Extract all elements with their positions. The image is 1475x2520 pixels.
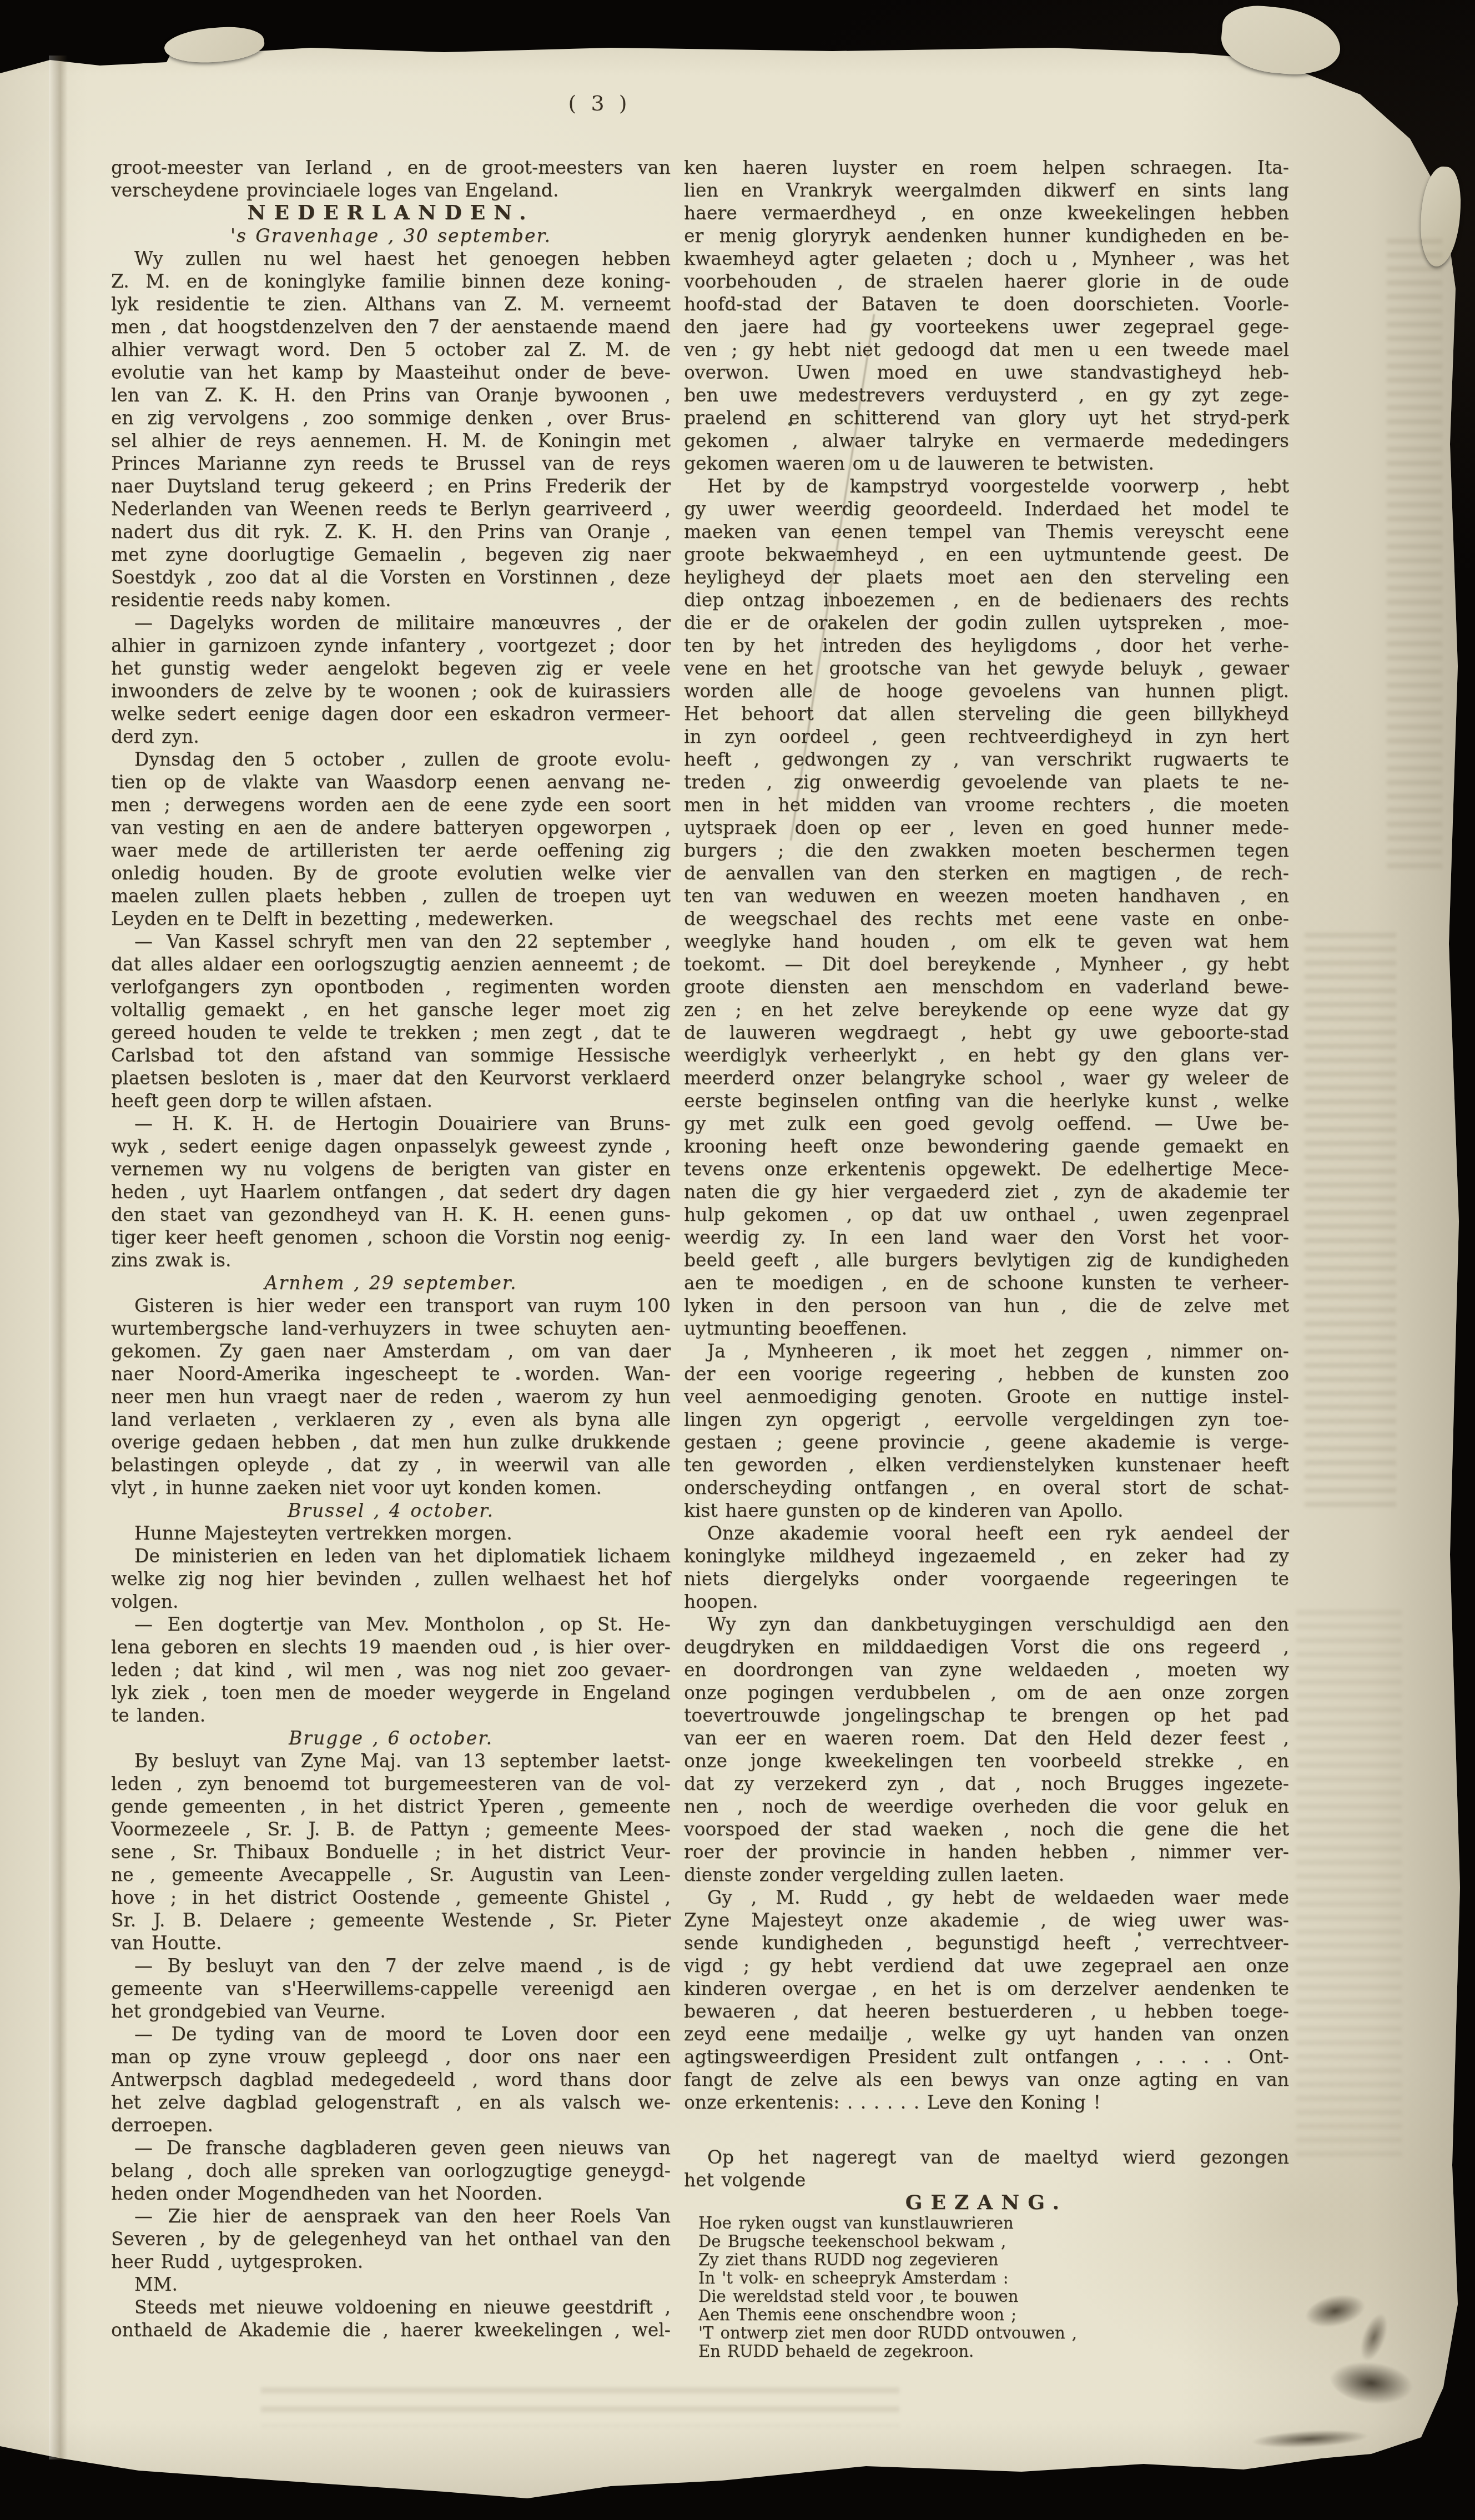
text-line: Op het nageregt van de maeltyd wierd gez… bbox=[684, 2146, 1289, 2169]
text-line: deugdryken en milddaedigen Vorst die ons… bbox=[684, 1636, 1289, 1658]
text-line: Zyne Majesteyt onze akademie , de wieg u… bbox=[684, 1909, 1289, 1932]
text-line: groot-meester van Ierland , en de groot-… bbox=[111, 156, 671, 179]
text-line: Die wereldstad steld voor , te bouwen bbox=[698, 2287, 1289, 2306]
text-line: koninglyke mildheyd ingezaemeld , en zek… bbox=[684, 1545, 1289, 1567]
text-line: En RUDD behaeld de zegekroon. bbox=[698, 2342, 1289, 2361]
ink-bleedthrough-ghost bbox=[1296, 1610, 1402, 2165]
text-line: groote bekwaemheyd , en een uytmuntende … bbox=[684, 543, 1289, 566]
text-line: en zig vervolgens , zoo sommige denken ,… bbox=[111, 406, 671, 429]
text-line: waer mede de artilleristen ter aerde oef… bbox=[111, 839, 671, 862]
text-line: onze erkentenis: . . . . . . Leve den Ko… bbox=[684, 2091, 1289, 2114]
ink-bleedthrough-ghost bbox=[1387, 239, 1442, 877]
text-line: roer der provincie in handen hebben , ni… bbox=[684, 1840, 1289, 1863]
text-line: Carlsbad tot den afstand van sommige Hes… bbox=[111, 1044, 671, 1067]
text-line: voltallig gemaekt , en het gansche leger… bbox=[111, 998, 671, 1021]
text-line: weerdig zy. In een land waer den Vorst h… bbox=[684, 1226, 1289, 1249]
text-line: tien op de vlakte van Waasdorp eenen aen… bbox=[111, 771, 671, 793]
text-line: hulp gekomen , op dat uw onthael , uwen … bbox=[684, 1203, 1289, 1226]
text-line: groote diensten aen menschdom en vaderla… bbox=[684, 975, 1289, 998]
text-line: beeld geeft , alle burgers bevlytigen zi… bbox=[684, 1249, 1289, 1271]
text-line: Wy zullen nu wel haest het genoegen hebb… bbox=[111, 247, 671, 270]
text-line: leden , zyn benoemd tot burgemeesteren v… bbox=[111, 1772, 671, 1795]
text-line: heyligheyd der plaets moet aen den sterv… bbox=[684, 566, 1289, 588]
text-line: naer Duytsland terug gekeerd ; en Prins … bbox=[111, 475, 671, 497]
text-line: maelen zullen plaets hebben , zullen de … bbox=[111, 884, 671, 907]
text-line: vigd ; gy hebt verdiend dat uwe zegeprae… bbox=[684, 1954, 1289, 1977]
text-line: — H. K. H. de Hertogin Douairiere van Br… bbox=[111, 1112, 671, 1135]
text-line: men in het midden van vroome rechters , … bbox=[684, 793, 1289, 816]
text-line: tevens onze erkentenis opgewekt. De edel… bbox=[684, 1158, 1289, 1180]
text-line: onderscheyding ontfangen , en overal sto… bbox=[684, 1476, 1289, 1499]
text-line: te landen. bbox=[111, 1704, 671, 1727]
text-line: fangt de zelve als een bewys van onze ag… bbox=[684, 2068, 1289, 2091]
text-line: Nederlanden van Weenen reeds te Berlyn g… bbox=[111, 497, 671, 520]
page-number: ( 3 ) bbox=[541, 91, 658, 115]
text-line: vernemen wy nu volgens de berigten van g… bbox=[111, 1158, 671, 1180]
text-line: Dynsdag den 5 october , zullen de groote… bbox=[111, 748, 671, 771]
text-line: Soestdyk , zoo dat al die Vorsten en Vor… bbox=[111, 566, 671, 588]
text-line: De Brugsche teekenschool bekwam , bbox=[698, 2232, 1289, 2251]
text-line: aen te moedigen , en de schoone kunsten … bbox=[684, 1271, 1289, 1294]
text-line: de weegschael des rechts met eene vaste … bbox=[684, 907, 1289, 930]
text-line: Gy , M. Rudd , gy hebt de weldaeden waer… bbox=[684, 1886, 1289, 1909]
text-line: Leyden en te Delft in bezetting , medewe… bbox=[111, 907, 671, 930]
text-line: den staet van gezondheyd van H. K. H. ee… bbox=[111, 1203, 671, 1226]
text-line: Wy zyn dan dankbetuygingen verschuldigd … bbox=[684, 1613, 1289, 1636]
text-line: volgen. bbox=[111, 1590, 671, 1613]
text-line: In 't volk- en scheepryk Amsterdam : bbox=[698, 2269, 1289, 2287]
text-line: alhier verwagt word. Den 5 october zal Z… bbox=[111, 338, 671, 361]
text-line: heeft , gedwongen zy , van verschrikt ru… bbox=[684, 748, 1289, 771]
text-line: By besluyt van Zyne Maj. van 13 septembe… bbox=[111, 1749, 671, 1772]
text-line: men , dat hoogstdenzelven den 7 der aens… bbox=[111, 315, 671, 338]
text-line: gereed houden te velde te trekken ; men … bbox=[111, 1021, 671, 1044]
text-line: ben uwe medestrevers verduysterd , en gy… bbox=[684, 384, 1289, 406]
text-line: hove ; in het district Oostende , gemeen… bbox=[111, 1886, 671, 1909]
text-line: — Een dogtertje van Mev. Montholon , op … bbox=[111, 1613, 671, 1636]
text-line: — Dagelyks worden de militaire manœuvres… bbox=[111, 611, 671, 634]
text-line: het volgende bbox=[684, 2169, 1289, 2191]
text-line: gemeente van s'Heerwillems-cappelle vere… bbox=[111, 1977, 671, 2000]
text-line: Steeds met nieuwe voldoening en nieuwe g… bbox=[111, 2296, 671, 2318]
text-line: onthaeld de Akademie die , haerer kweeke… bbox=[111, 2318, 671, 2341]
text-line: Ja , Mynheeren , ik moet het zeggen , ni… bbox=[684, 1340, 1289, 1362]
text-line: dat alles aldaer een oorlogszugtig aenzi… bbox=[111, 953, 671, 975]
text-line: sel alhier de reys aennemen. H. M. de Ko… bbox=[111, 429, 671, 452]
text-line: de lauweren wegdraegt , hebt gy uwe gebo… bbox=[684, 1021, 1289, 1044]
text-line: die er de orakelen der godin zullen uyts… bbox=[684, 611, 1289, 634]
text-line: ten van weduwen en weezen moeten handhav… bbox=[684, 884, 1289, 907]
text-line: Z. M. en de koninglyke familie binnen de… bbox=[111, 270, 671, 293]
text-line: derd zyn. bbox=[111, 725, 671, 748]
text-line: niets diergelyks onder voorgaende regeer… bbox=[684, 1567, 1289, 1590]
text-line: — By besluyt van den 7 der zelve maend ,… bbox=[111, 1954, 671, 1977]
text-line: nadert dus dit ryk. Z. K. H. den Prins v… bbox=[111, 520, 671, 543]
text-line: treden , zig onweerdig gevoelende van pl… bbox=[684, 771, 1289, 793]
text-line: nen , noch de weerdige overheden die voo… bbox=[684, 1795, 1289, 1818]
text-line: kwaemheyd agter gelaeten ; doch u , Mynh… bbox=[684, 247, 1289, 270]
text-line: Zy ziet thans RUDD nog zegevieren bbox=[698, 2251, 1289, 2269]
text-line: de aenvallen van den sterken en magtigen… bbox=[684, 862, 1289, 884]
text-line: maeken van eenen tempel van Themis verey… bbox=[684, 520, 1289, 543]
text-line: len van Z. K. H. den Prins van Oranje by… bbox=[111, 384, 671, 406]
text-line: den jaere had gy voorteekens uwer zegepr… bbox=[684, 315, 1289, 338]
text-line: vene en het grootsche van het gewyde bel… bbox=[684, 657, 1289, 680]
text-line: gekomen , alwaer talryke en vermaerde me… bbox=[684, 429, 1289, 452]
text-line: leden ; dat kind , wil men , was nog nie… bbox=[111, 1658, 671, 1681]
text-line: zins zwak is. bbox=[111, 1249, 671, 1271]
text-line: verscheydene provinciaele loges van Enge… bbox=[111, 179, 671, 202]
text-line: evolutie van het kamp by Maasteihut onde… bbox=[111, 361, 671, 384]
text-line: men ; derwegens worden aen de eene zyde … bbox=[111, 793, 671, 816]
left-column: groot-meester van Ierland , en de groot-… bbox=[111, 156, 671, 2341]
text-line: agtingsweerdigen President zult ontfange… bbox=[684, 2045, 1289, 2068]
text-line: gende gemeenten , in het district Yperen… bbox=[111, 1795, 671, 1818]
text-line: Gisteren is hier weder een transport van… bbox=[111, 1294, 671, 1317]
text-line: gy uwer weerdig geoordeeld. Inderdaed he… bbox=[684, 497, 1289, 520]
ink-bleedthrough-ghost bbox=[261, 2387, 899, 2426]
text-line: lyken in den persoon van hun , die de ze… bbox=[684, 1294, 1289, 1317]
text-line: in zyn oordeel , geen rechtveerdigheyd i… bbox=[684, 725, 1289, 748]
text-line: uytspraek doen op eer , leven en goed hu… bbox=[684, 816, 1289, 839]
text-line: vlyt , in hunne zaeken niet voor uyt kon… bbox=[111, 1476, 671, 1499]
text-line: het gunstig weder aengelokt begeven zig … bbox=[111, 657, 671, 680]
text-line: gekomen. Zy gaen naer Amsterdam , om van… bbox=[111, 1340, 671, 1362]
text-line: wurtembergsche land-verhuyzers in twee s… bbox=[111, 1317, 671, 1340]
text-line: er menig gloryryk aendenken hunner kundi… bbox=[684, 224, 1289, 247]
text-line: met zyne doorlugtige Gemaelin , begeven … bbox=[111, 543, 671, 566]
text-line: belang , doch alle spreken van oorlogzug… bbox=[111, 2159, 671, 2182]
text-line: ten geworden , elken verdienstelyken kun… bbox=[684, 1453, 1289, 1476]
text-line: het grondgebied van Veurne. bbox=[111, 2000, 671, 2023]
text-line: overige gedaen hebben , dat men hun zulk… bbox=[111, 1431, 671, 1453]
text-line: lyk residentie te zien. Althans van Z. M… bbox=[111, 293, 671, 315]
text-line: veel aenmoediging genoten. Groote en nut… bbox=[684, 1385, 1289, 1408]
text-line: ten by het intreden des heyligdoms , doo… bbox=[684, 634, 1289, 657]
text-line: burgers ; die den zwakken moeten bescher… bbox=[684, 839, 1289, 862]
text-line: wyk , sedert eenige dagen onpasselyk gew… bbox=[111, 1135, 671, 1158]
text-line: — Zie hier de aenspraek van den heer Roe… bbox=[111, 2205, 671, 2227]
text-line: haere vermaerdheyd , en onze kweekelinge… bbox=[684, 202, 1289, 224]
text-line: Sr. J. B. Delaere ; gemeente Westende , … bbox=[111, 1909, 671, 1932]
text-line: heeft geen dorp te willen afstaen. bbox=[111, 1089, 671, 1112]
text-line: overwon. Uwen moed en uwe standvastighey… bbox=[684, 361, 1289, 384]
text-line: gy met zulk een goed gevolg oeffend. — U… bbox=[684, 1112, 1289, 1135]
text-line: kist haere gunsten op de kinderen van Ap… bbox=[684, 1499, 1289, 1522]
text-line: Hunne Majesteyten vertrekken morgen. bbox=[111, 1522, 671, 1545]
text-line: ven ; gy hebt niet gedoogd dat men u een… bbox=[684, 338, 1289, 361]
text-line: gekomen waeren om u de lauweren te betwi… bbox=[684, 452, 1289, 475]
text-line: De ministerien en leden van het diplomat… bbox=[111, 1545, 671, 1567]
text-line: uytmunting beoeffenen. bbox=[684, 1317, 1289, 1340]
text-line: inwoonders de zelve by te woonen ; ook d… bbox=[111, 680, 671, 702]
text-line: gestaen ; geene provincie , geene akadem… bbox=[684, 1431, 1289, 1453]
text-line: Aen Themis eene onschendbre woon ; bbox=[698, 2306, 1289, 2324]
text-line: welke zig nog hier bevinden , zullen wel… bbox=[111, 1567, 671, 1590]
text-line: krooning heeft onze bewondering gaende g… bbox=[684, 1135, 1289, 1158]
text-line: Arnhem , 29 september. bbox=[111, 1271, 671, 1294]
text-line: Brussel , 4 october. bbox=[111, 1499, 671, 1522]
text-line: lien en Vrankryk weergalmden dikwerf en … bbox=[684, 179, 1289, 202]
text-line: der een voorige regeering , hebben de ku… bbox=[684, 1362, 1289, 1385]
text-line: MM. bbox=[111, 2273, 671, 2296]
text-line: welke sedert eenige dagen door een eskad… bbox=[111, 702, 671, 725]
text-line: zeyd eene medailje , welke gy uyt handen… bbox=[684, 2023, 1289, 2045]
text-line: onze jonge kweekelingen ten voorbeeld st… bbox=[684, 1749, 1289, 1772]
text-line: praelend en schitterend van glory uyt he… bbox=[684, 406, 1289, 429]
text-line: belastingen opleyde , dat zy , in weerwi… bbox=[111, 1453, 671, 1476]
text-line: hoofd-stad der Bataven te doen doorschie… bbox=[684, 293, 1289, 315]
text-line: neer men hun vraegt naer de reden , waer… bbox=[111, 1385, 671, 1408]
text-line: GEZANG. bbox=[684, 2191, 1289, 2214]
text-line: het zelve dagblad gelogenstraft , en als… bbox=[111, 2091, 671, 2114]
text-line: weeglyke hand houden , om elk te geven w… bbox=[684, 930, 1289, 953]
text-line: tiger keer heeft genomen , schoon die Vo… bbox=[111, 1226, 671, 1249]
text-line: derroepen. bbox=[111, 2114, 671, 2136]
text-line: Severen , by de gelegenheyd van het onth… bbox=[111, 2227, 671, 2250]
text-line: Hoe ryken ougst van kunstlauwrieren bbox=[698, 2214, 1289, 2232]
text-line: alhier in garnizoen zynde infantery , vo… bbox=[111, 634, 671, 657]
text-line: bewaeren , dat heeren bestuerderen , u h… bbox=[684, 2000, 1289, 2023]
text-line: eerste beginselen ontfing van die heerly… bbox=[684, 1089, 1289, 1112]
text-line: zen ; en het zelve bereykende op eene wy… bbox=[684, 998, 1289, 1021]
text-line: kinderen overgae , en het is om derzelve… bbox=[684, 1977, 1289, 2000]
text-line: hoopen. bbox=[684, 1590, 1289, 1613]
text-line: Antwerpsch dagblad medegedeeld , word th… bbox=[111, 2068, 671, 2091]
text-line: residentie reeds naby komen. bbox=[111, 588, 671, 611]
text-line: diep ontzag inboezemen , en de bedienaer… bbox=[684, 588, 1289, 611]
text-line: man op zyne vrouw gepleegd , door ons na… bbox=[111, 2045, 671, 2068]
text-line: Brugge , 6 october. bbox=[111, 1727, 671, 1749]
text-line: Het behoort dat allen sterveling die gee… bbox=[684, 702, 1289, 725]
text-line: van vesting en aen de andere batteryen o… bbox=[111, 816, 671, 839]
text-line: ne , gemeente Avecappelle , Sr. Augustin… bbox=[111, 1863, 671, 1886]
text-line: — De tyding van de moord te Loven door e… bbox=[111, 2023, 671, 2045]
text-line: van eer en waeren roem. Dat den Held dez… bbox=[684, 1727, 1289, 1749]
text-line: voorbehouden , de straelen haerer glorie… bbox=[684, 270, 1289, 293]
text-line: — De fransche dagbladeren geven geen nie… bbox=[111, 2136, 671, 2159]
text-line: en doordrongen van zyne weldaeden , moet… bbox=[684, 1658, 1289, 1681]
text-line: — Van Kassel schryft men van den 22 sept… bbox=[111, 930, 671, 953]
text-line: onze pogingen verdubbelen , om de aen on… bbox=[684, 1681, 1289, 1704]
text-line: Onze akademie vooral heeft een ryk aende… bbox=[684, 1522, 1289, 1545]
text-line: sene , Sr. Thibaux Bonduelle ; in het di… bbox=[111, 1840, 671, 1863]
text-line: dienste zonder vergelding zullen laeten. bbox=[684, 1863, 1289, 1886]
text-line: naten die gy hier vergaederd ziet , zyn … bbox=[684, 1180, 1289, 1203]
text-line: meerderd onzer belangryke school , waer … bbox=[684, 1067, 1289, 1089]
text-line: van Houtte. bbox=[111, 1932, 671, 1954]
text-line: weerdiglyk verheerlykt , en hebt gy den … bbox=[684, 1044, 1289, 1067]
text-line: Het by de kampstryd voorgestelde voorwer… bbox=[684, 475, 1289, 497]
text-line: verlofgangers zyn opontboden , regimente… bbox=[111, 975, 671, 998]
right-column: ken haeren luyster en roem helpen schrae… bbox=[684, 156, 1289, 2361]
text-line: 'T ontwerp ziet men door RUDD ontvouwen … bbox=[698, 2324, 1289, 2342]
text-line: worden alle de hooge gevoelens van hunne… bbox=[684, 680, 1289, 702]
text-line: dat zy verzekerd zyn , dat , noch Brugge… bbox=[684, 1772, 1289, 1795]
text-line: Voormezeele , Sr. J. B. de Pattyn ; geme… bbox=[111, 1818, 671, 1840]
scanned-newspaper-screenshot: { "page": { "number_label": "( 3 )", "pa… bbox=[0, 0, 1475, 2520]
text-line: plaetsen besloten is , maer dat den Keur… bbox=[111, 1067, 671, 1089]
text-line: heden onder Mogendheden van het Noorden. bbox=[111, 2182, 671, 2205]
ink-bleedthrough-ghost bbox=[1305, 933, 1396, 1516]
text-line: toevertrouwde jongelingschap te brengen … bbox=[684, 1704, 1289, 1727]
text-line: sende kundigheden , begunstigd heeft , v… bbox=[684, 1932, 1289, 1954]
text-line: toekomt. — Dit doel bereykende , Mynheer… bbox=[684, 953, 1289, 975]
text-line: onledig houden. By de groote evolutien w… bbox=[111, 862, 671, 884]
text-line: heer Rudd , uytgesproken. bbox=[111, 2250, 671, 2273]
text-line: lena geboren en slechts 19 maenden oud ,… bbox=[111, 1636, 671, 1658]
text-line: voorspoed der stad waeken , noch die gen… bbox=[684, 1818, 1289, 1840]
text-line: lyk ziek , toen men de moeder weygerde i… bbox=[111, 1681, 671, 1704]
text-line: land verlaeten , verklaeren zy , even al… bbox=[111, 1408, 671, 1431]
text-line: Princes Marianne zyn reeds te Brussel va… bbox=[111, 452, 671, 475]
text-line: naer Noord-Amerika ingescheept te worden… bbox=[111, 1362, 671, 1385]
text-line: NEDERLANDEN. bbox=[111, 202, 671, 224]
text-line: ken haeren luyster en roem helpen schrae… bbox=[684, 156, 1289, 179]
text-line: 's Gravenhage , 30 september. bbox=[111, 224, 671, 247]
paper-crease bbox=[49, 56, 68, 2459]
text-line: lingen zyn opgerigt , eervolle vergeldin… bbox=[684, 1408, 1289, 1431]
text-line: heden , uyt Haarlem ontfangen , dat sede… bbox=[111, 1180, 671, 1203]
